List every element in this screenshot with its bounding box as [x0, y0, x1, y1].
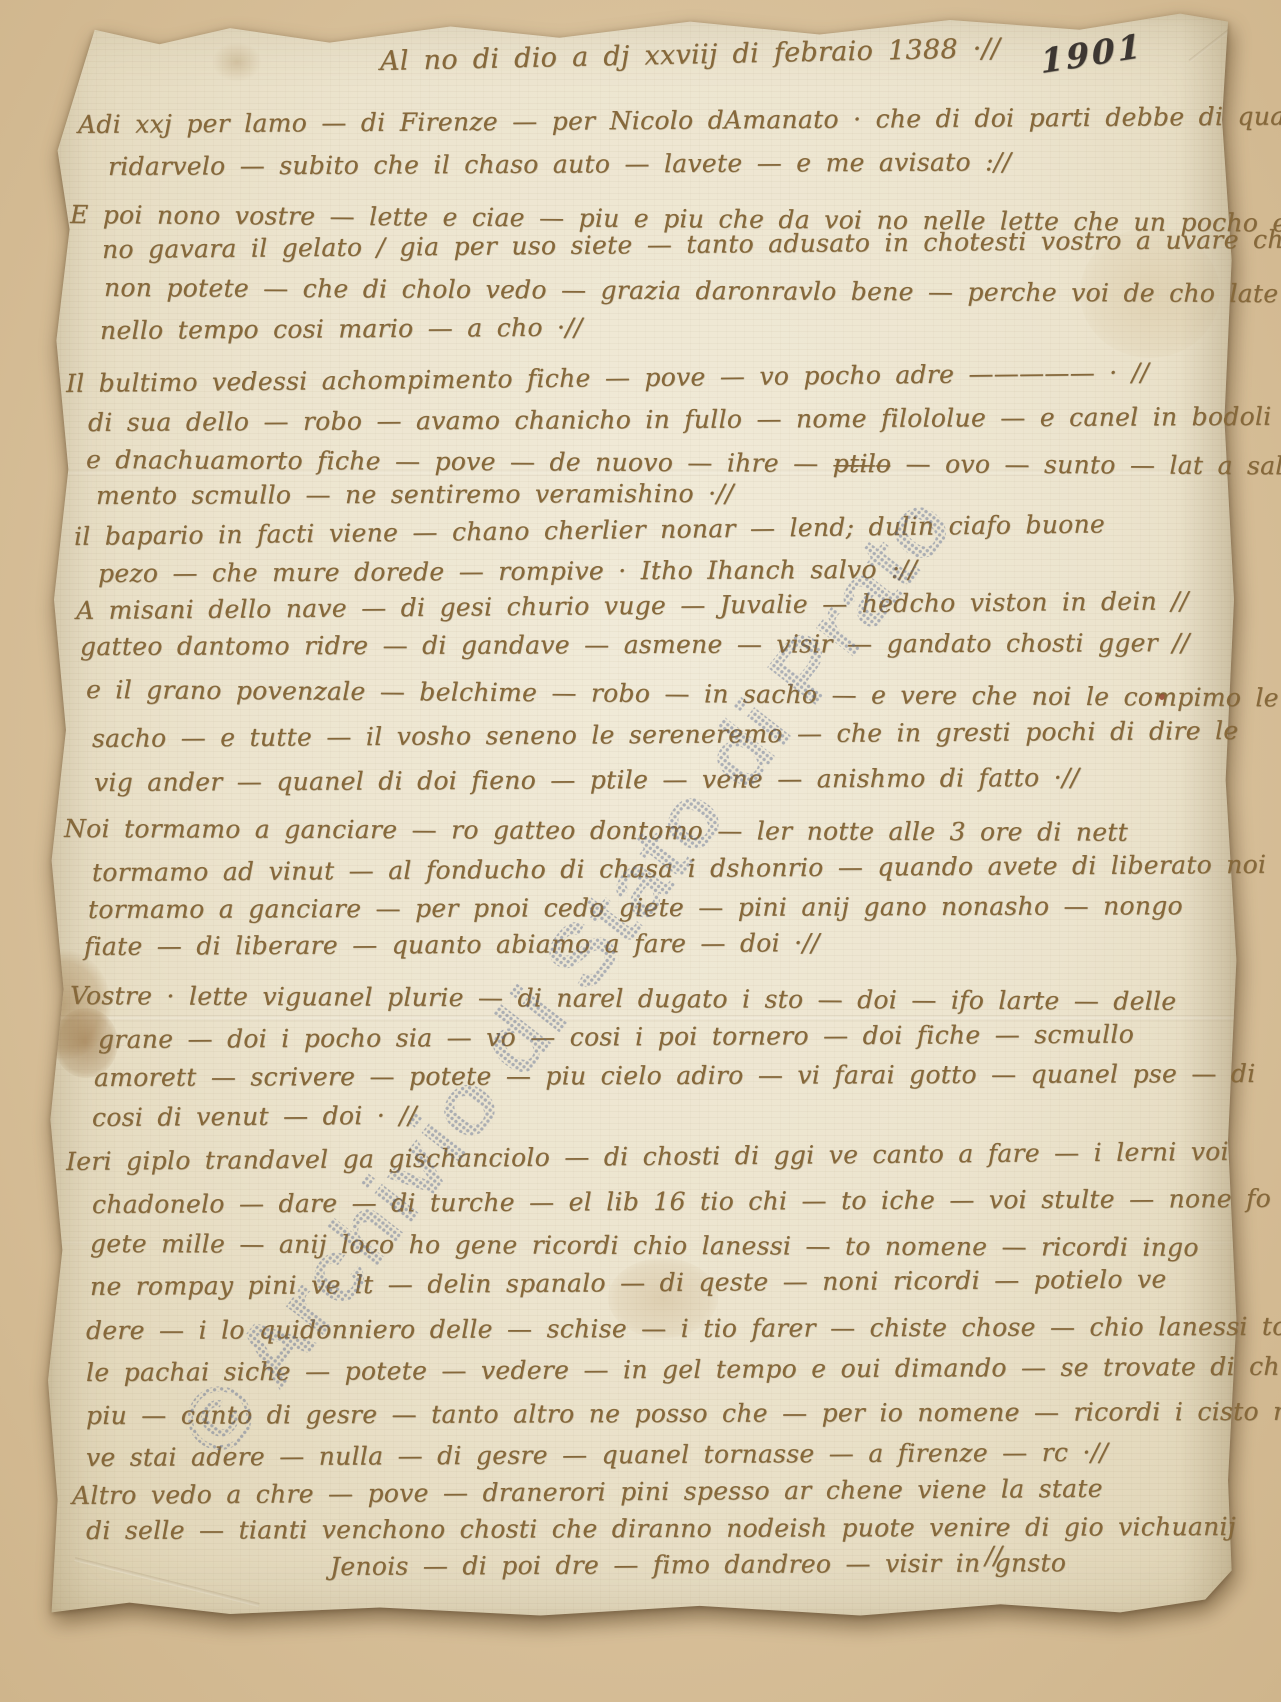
bottom-left-corner-crease [74, 1557, 259, 1607]
manuscript-paper [42, 12, 1240, 1622]
fold-crease-middle [42, 1015, 1240, 1021]
right-foxing-stain [1080, 228, 1220, 358]
center-stain [608, 1258, 718, 1338]
paper-shadow-wrapper [0, 0, 1281, 1702]
top-right-corner-crease [1188, 17, 1245, 62]
left-edge-stain-dark [54, 1008, 118, 1078]
red-ink-speck [1159, 693, 1165, 700]
fold-crease-lower [42, 1240, 1240, 1246]
scanned-manuscript-photo: { "scan": { "background_color": "#d8c09a… [0, 0, 1281, 1702]
top-edge-stain [212, 42, 262, 82]
paper-edge-shading [42, 12, 1240, 1622]
laid-paper-texture [42, 12, 1240, 1622]
fold-crease-upper [42, 470, 1240, 476]
left-edge-stain [15, 950, 111, 1060]
